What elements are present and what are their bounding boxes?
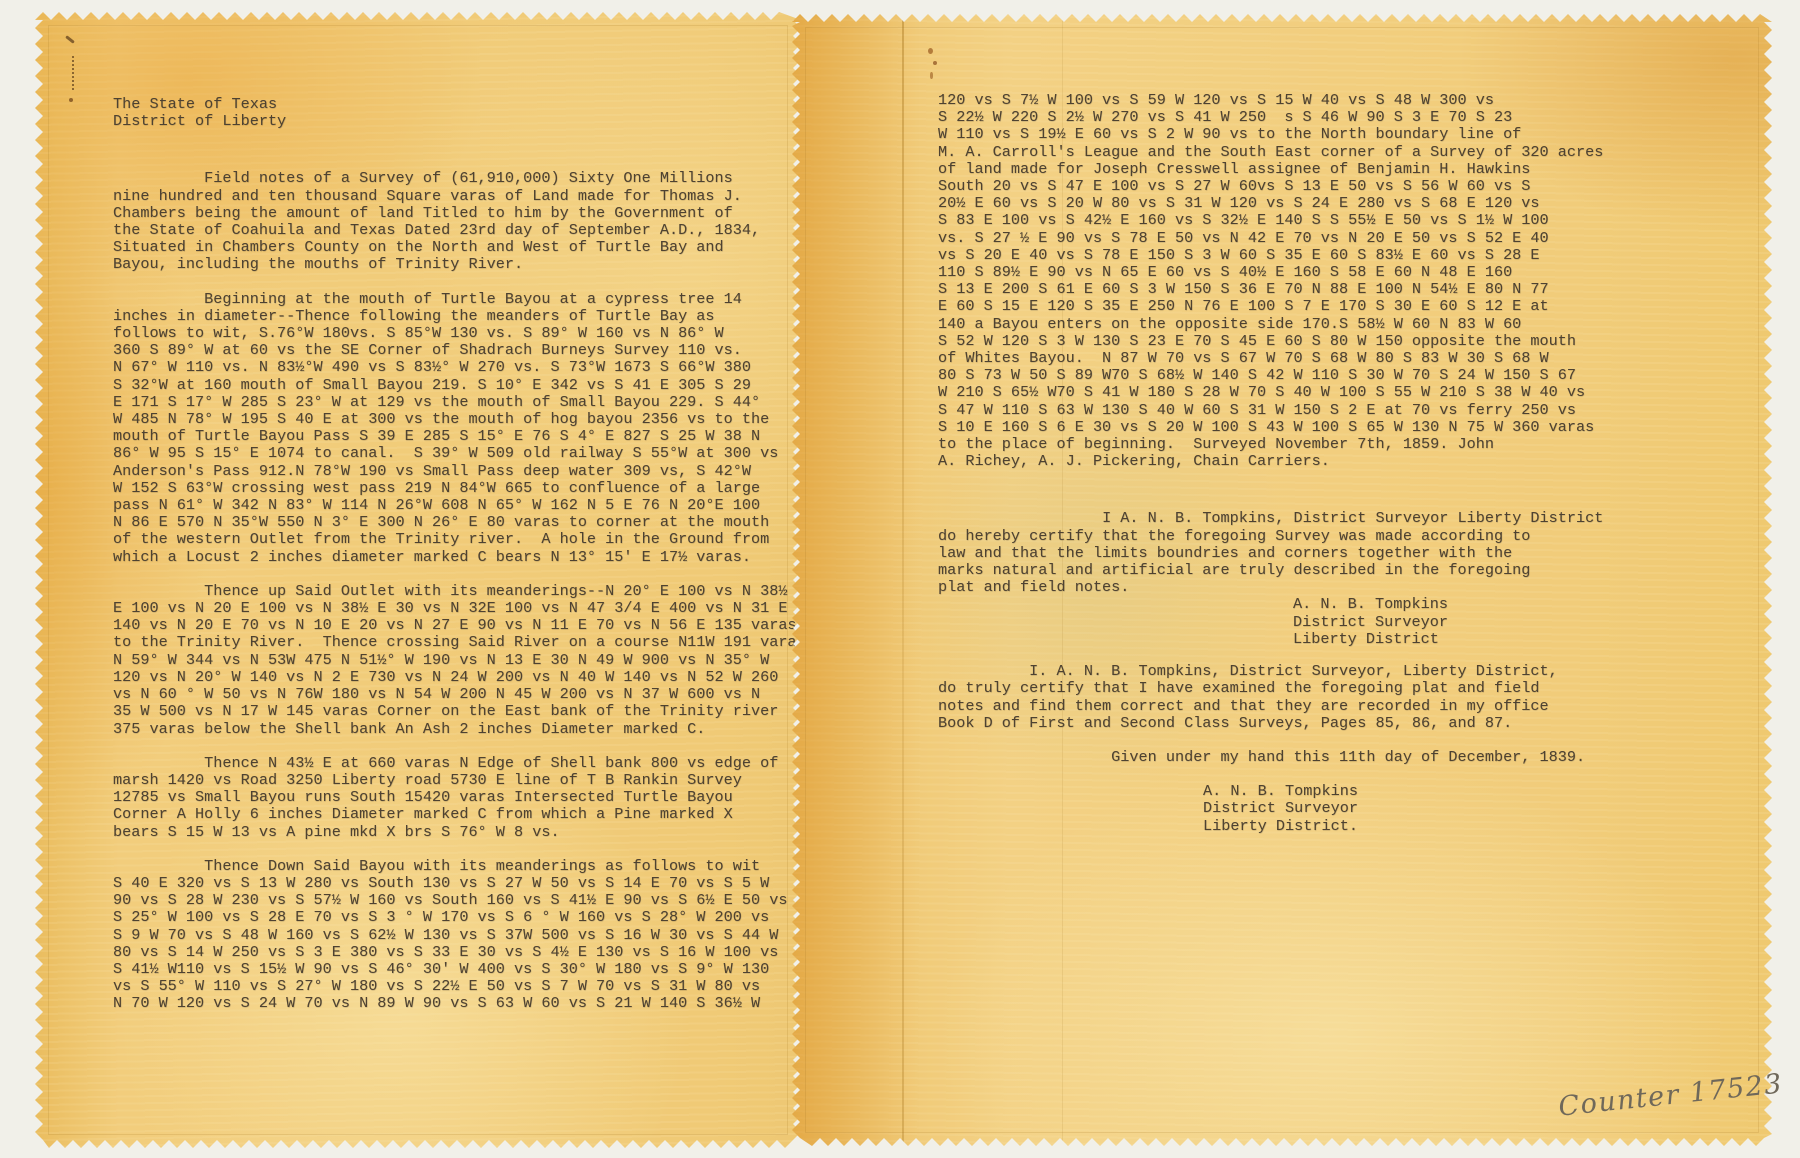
paper-crease [902,14,904,1146]
signature-block-2: A. N. B. Tompkins District Surveyor Libe… [1203,783,1658,835]
paragraph-certification-2: I. A. N. B. Tompkins, District Surveyor,… [938,663,1658,732]
paragraph-thence-shell-bank: Thence N 43½ E at 660 varas N Edge of Sh… [113,755,813,841]
ink-mark [928,48,933,54]
paragraph-thence-down-bayou: Thence Down Said Bayou with its meanderi… [113,858,813,1013]
ink-mark [69,98,73,102]
ink-mark [72,56,74,90]
ink-mark [930,72,933,79]
right-page-sheet: 120 vs S 7½ W 100 vs S 59 W 120 vs S 15 … [792,14,1772,1146]
paragraph-certification-1: I A. N. B. Tompkins, District Surveyor L… [938,510,1658,596]
scanned-survey-document: The State of Texas District of Liberty F… [0,0,1800,1158]
ink-mark [933,61,937,65]
paragraph-thence-up-outlet: Thence up Said Outlet with its meanderin… [113,583,813,738]
document-heading: The State of Texas District of Liberty [113,96,813,130]
left-page-text-column: The State of Texas District of Liberty F… [113,96,813,1013]
left-page-sheet: The State of Texas District of Liberty F… [35,12,801,1148]
paragraph-field-notes: Field notes of a Survey of (61,910,000) … [113,170,813,273]
paragraph-beginning: Beginning at the mouth of Turtle Bayou a… [113,291,813,566]
paragraph-courses-continuation: 120 vs S 7½ W 100 vs S 59 W 120 vs S 15 … [938,92,1658,470]
paragraph-given-under-hand: Given under my hand this 11th day of Dec… [938,749,1658,766]
signature-block-1: A. N. B. Tompkins District Surveyor Libe… [1293,596,1658,648]
ink-mark [65,35,75,44]
right-page-text-column: 120 vs S 7½ W 100 vs S 59 W 120 vs S 15 … [938,92,1658,835]
